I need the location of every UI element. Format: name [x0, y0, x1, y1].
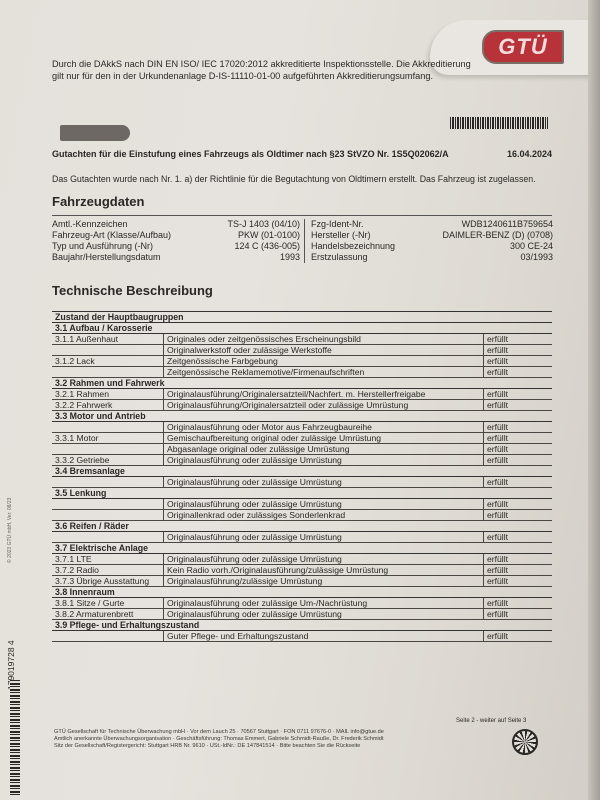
- section-title: 3.1 Aufbau / Karosserie: [52, 323, 552, 334]
- field-value: DAIMLER-BENZ (D) (0708): [442, 230, 553, 241]
- item-description: Originalausführung oder zulässige Umrüst…: [164, 455, 484, 466]
- table-section-row: 3.9 Pflege- und Erhaltungszustand: [52, 620, 552, 631]
- inspection-seal-icon: [512, 729, 538, 755]
- item-label: [52, 499, 164, 510]
- item-label: 3.8.2 Armaturenbrett: [52, 609, 164, 620]
- item-description: Originalausführung/Originalersatzteil/Na…: [164, 389, 484, 400]
- table-row: 3.8.2 ArmaturenbrettOriginalausführung o…: [52, 609, 552, 620]
- item-label: 3.2.1 Rahmen: [52, 389, 164, 400]
- table-row: Originalausführung oder zulässige Umrüst…: [52, 499, 552, 510]
- table-section-row: 3.4 Bremsanlage: [52, 466, 552, 477]
- table-row: 3.3.1 MotorGemischaufbereitung original …: [52, 433, 552, 444]
- technical-condition-table: Zustand der Hauptbaugruppen 3.1 Aufbau /…: [52, 311, 552, 642]
- table-row: 3.3.2 GetriebeOriginalausführung oder zu…: [52, 455, 552, 466]
- fahrzeugdaten-heading: Fahrzeugdaten: [52, 194, 144, 209]
- footer-line-2: Amtlich anerkannte Überwachungsorganisat…: [54, 736, 494, 743]
- field-value: 03/1993: [520, 252, 553, 263]
- item-label: [52, 345, 164, 356]
- field-label: Typ und Ausführung (-Nr): [52, 241, 153, 252]
- item-result: erfüllt: [484, 422, 553, 433]
- item-description: Zeitgenössische Reklamemotive/Firmenaufs…: [164, 367, 484, 378]
- field-label: Fzg-Ident-Nr.: [311, 219, 364, 230]
- item-result: erfüllt: [484, 455, 553, 466]
- item-label: [52, 631, 164, 642]
- item-label: [52, 477, 164, 488]
- section-title: 3.8 Innenraum: [52, 587, 552, 598]
- document-page: GTÜ Durch die DAkkS nach DIN EN ISO/ IEC…: [0, 0, 588, 800]
- table-row: Guter Pflege- und Erhaltungszustanderfül…: [52, 631, 552, 642]
- item-result: erfüllt: [484, 345, 553, 356]
- item-description: Originalausführung oder zulässige Umrüst…: [164, 554, 484, 565]
- item-result: erfüllt: [484, 598, 553, 609]
- table-row: 3.7.1 LTEOriginalausführung oder zulässi…: [52, 554, 552, 565]
- table-row: Originalwerkstoff oder zulässige Werksto…: [52, 345, 552, 356]
- item-description: Originalwerkstoff oder zulässige Werksto…: [164, 345, 484, 356]
- table-section-row: 3.7 Elektrische Anlage: [52, 543, 552, 554]
- item-result: erfüllt: [484, 576, 553, 587]
- table-row: Originalausführung oder Motor aus Fahrze…: [52, 422, 552, 433]
- table-row: Originalausführung oder zulässige Umrüst…: [52, 477, 552, 488]
- item-label: [52, 444, 164, 455]
- item-label: 3.7.2 Radio: [52, 565, 164, 576]
- field-label: Hersteller (-Nr): [311, 230, 371, 241]
- item-result: erfüllt: [484, 609, 553, 620]
- table-row: Abgasanlage original oder zulässige Umrü…: [52, 444, 552, 455]
- item-result: erfüllt: [484, 631, 553, 642]
- table-row: Zeitgenössische Reklamemotive/Firmenaufs…: [52, 367, 552, 378]
- item-label: 3.8.1 Sitze / Gurte: [52, 598, 164, 609]
- gtue-logo: GTÜ: [482, 30, 564, 64]
- field-value: 124 C (436-005): [234, 241, 300, 252]
- vehicle-data-row: Fahrzeug-Art (Klasse/Aufbau)PKW (01-0100…: [52, 230, 300, 241]
- report-title: Gutachten für die Einstufung eines Fahrz…: [52, 149, 449, 159]
- vehicle-data-row: Baujahr/Herstellungsdatum1993: [52, 252, 300, 263]
- side-barcode: 179019728 4: [6, 560, 18, 750]
- table-section-row: 3.3 Motor und Antrieb: [52, 411, 552, 422]
- item-description: Originalausführung oder zulässige Umrüst…: [164, 609, 484, 620]
- item-label: 3.1.1 Außenhaut: [52, 334, 164, 345]
- item-description: Originalausführung oder Motor aus Fahrze…: [164, 422, 484, 433]
- section-title: 3.9 Pflege- und Erhaltungszustand: [52, 620, 552, 631]
- field-value: 1993: [280, 252, 300, 263]
- footer-line-1: GTÜ Gesellschaft für Technische Überwach…: [54, 729, 494, 736]
- table-section-row: 3.8 Innenraum: [52, 587, 552, 598]
- vehicle-data-row: Amtl.-KennzeichenTS-J 1403 (04/10): [52, 219, 300, 230]
- barcode-icon: [450, 117, 548, 129]
- item-result: erfüllt: [484, 367, 553, 378]
- item-description: Originalausführung/zulässige Umrüstung: [164, 576, 484, 587]
- item-label: [52, 422, 164, 433]
- item-description: Gemischaufbereitung original oder zuläss…: [164, 433, 484, 444]
- item-result: erfüllt: [484, 477, 553, 488]
- item-result: erfüllt: [484, 433, 553, 444]
- table-row: Originalausführung oder zulässige Umrüst…: [52, 532, 552, 543]
- footer-line-3: Sitz der Gesellschaft/Registergericht: S…: [54, 743, 494, 750]
- vehicle-data-row: Hersteller (-Nr)DAIMLER-BENZ (D) (0708): [311, 230, 553, 241]
- vehicle-data-right: Fzg-Ident-Nr.WDB1240611B759654Hersteller…: [304, 219, 553, 263]
- field-value: PKW (01-0100): [238, 230, 300, 241]
- item-description: Originales oder zeitgenössisches Erschei…: [164, 334, 484, 345]
- item-result: erfüllt: [484, 499, 553, 510]
- accreditation-note: Durch die DAkkS nach DIN EN ISO/ IEC 170…: [52, 58, 472, 82]
- table-section-row: 3.6 Reifen / Räder: [52, 521, 552, 532]
- item-label: 3.3.2 Getriebe: [52, 455, 164, 466]
- item-description: Abgasanlage original oder zulässige Umrü…: [164, 444, 484, 455]
- item-result: erfüllt: [484, 334, 553, 345]
- vehicle-data-row: Erstzulassung03/1993: [311, 252, 553, 263]
- table-section-row: 3.1 Aufbau / Karosserie: [52, 323, 552, 334]
- item-description: Guter Pflege- und Erhaltungszustand: [164, 631, 484, 642]
- item-description: Originallenkrad oder zulässiges Sonderle…: [164, 510, 484, 521]
- section-title: 3.4 Bremsanlage: [52, 466, 552, 477]
- report-date: 16.04.2024: [507, 149, 552, 159]
- item-result: erfüllt: [484, 554, 553, 565]
- item-description: Originalausführung oder zulässige Um-/Na…: [164, 598, 484, 609]
- section-title: 3.7 Elektrische Anlage: [52, 543, 552, 554]
- item-description: Originalausführung oder zulässige Umrüst…: [164, 532, 484, 543]
- vehicle-data-left: Amtl.-KennzeichenTS-J 1403 (04/10)Fahrze…: [52, 219, 300, 263]
- table-row: 3.8.1 Sitze / GurteOriginalausführung od…: [52, 598, 552, 609]
- item-description: Originalausführung oder zulässige Umrüst…: [164, 477, 484, 488]
- item-label: 3.1.2 Lack: [52, 356, 164, 367]
- item-result: erfüllt: [484, 389, 553, 400]
- field-label: Amtl.-Kennzeichen: [52, 219, 128, 230]
- item-result: erfüllt: [484, 510, 553, 521]
- table-section-row: 3.5 Lenkung: [52, 488, 552, 499]
- item-label: 3.7.3 Übrige Ausstattung: [52, 576, 164, 587]
- paper-edge: [588, 0, 600, 800]
- accreditation-line-1: Durch die DAkkS nach DIN EN ISO/ IEC 170…: [52, 58, 472, 70]
- item-result: erfüllt: [484, 356, 553, 367]
- item-result: erfüllt: [484, 532, 553, 543]
- field-label: Erstzulassung: [311, 252, 368, 263]
- item-description: Originalausführung oder zulässige Umrüst…: [164, 499, 484, 510]
- item-label: [52, 367, 164, 378]
- item-result: erfüllt: [484, 444, 553, 455]
- field-label: Handelsbezeichnung: [311, 241, 395, 252]
- serial-number: 179019728 4: [6, 600, 16, 690]
- field-label: Baujahr/Herstellungsdatum: [52, 252, 161, 263]
- field-value: 300 CE-24: [510, 241, 553, 252]
- item-label: 3.3.1 Motor: [52, 433, 164, 444]
- item-label: 3.2.2 Fahrwerk: [52, 400, 164, 411]
- section-title: 3.6 Reifen / Räder: [52, 521, 552, 532]
- table-section-row: 3.2 Rahmen und Fahrwerk: [52, 378, 552, 389]
- barcode-icon: [10, 680, 20, 795]
- technik-heading: Technische Beschreibung: [52, 283, 213, 298]
- page-note: Seite 2 - weiter auf Seite 3: [456, 718, 526, 724]
- item-label: 3.7.1 LTE: [52, 554, 164, 565]
- item-label: [52, 510, 164, 521]
- table-row: 3.7.2 RadioKein Radio vorh./Originalausf…: [52, 565, 552, 576]
- accreditation-line-2: gilt nur für den in der Urkundenanlage D…: [52, 70, 472, 82]
- item-result: erfüllt: [484, 400, 553, 411]
- field-value: TS-J 1403 (04/10): [227, 219, 300, 230]
- table-row: 3.7.3 Übrige AusstattungOriginalausführu…: [52, 576, 552, 587]
- item-description: Zeitgenössische Farbgebung: [164, 356, 484, 367]
- item-result: erfüllt: [484, 565, 553, 576]
- vehicle-data-row: Fzg-Ident-Nr.WDB1240611B759654: [311, 219, 553, 230]
- vehicle-data-row: Handelsbezeichnung300 CE-24: [311, 241, 553, 252]
- company-footer: GTÜ Gesellschaft für Technische Überwach…: [54, 729, 494, 750]
- item-label: [52, 532, 164, 543]
- item-description: Kein Radio vorh./Originalausführung/zulä…: [164, 565, 484, 576]
- field-value: WDB1240611B759654: [462, 219, 553, 230]
- item-description: Originalausführung/Originalersatzteil od…: [164, 400, 484, 411]
- report-intro: Das Gutachten wurde nach Nr. 1. a) der R…: [52, 174, 562, 184]
- table-row: 3.1.1 AußenhautOriginales oder zeitgenös…: [52, 334, 552, 345]
- vehicle-data-row: Typ und Ausführung (-Nr)124 C (436-005): [52, 241, 300, 252]
- report-title-line: Gutachten für die Einstufung eines Fahrz…: [52, 149, 552, 159]
- table-row: 3.1.2 LackZeitgenössische Farbgebungerfü…: [52, 356, 552, 367]
- redacted-area: [60, 125, 130, 141]
- section-title: 3.3 Motor und Antrieb: [52, 411, 552, 422]
- table-row: Originallenkrad oder zulässiges Sonderle…: [52, 510, 552, 521]
- section-title: 3.5 Lenkung: [52, 488, 552, 499]
- divider: [52, 215, 552, 216]
- section-title: 3.2 Rahmen und Fahrwerk: [52, 378, 552, 389]
- field-label: Fahrzeug-Art (Klasse/Aufbau): [52, 230, 171, 241]
- table-header: Zustand der Hauptbaugruppen: [52, 312, 552, 323]
- copyright-note: © 2023 GTÜ mbH, Ver. 08/23: [7, 483, 13, 563]
- table-row: 3.2.2 FahrwerkOriginalausführung/Origina…: [52, 400, 552, 411]
- table-row: 3.2.1 RahmenOriginalausführung/Originale…: [52, 389, 552, 400]
